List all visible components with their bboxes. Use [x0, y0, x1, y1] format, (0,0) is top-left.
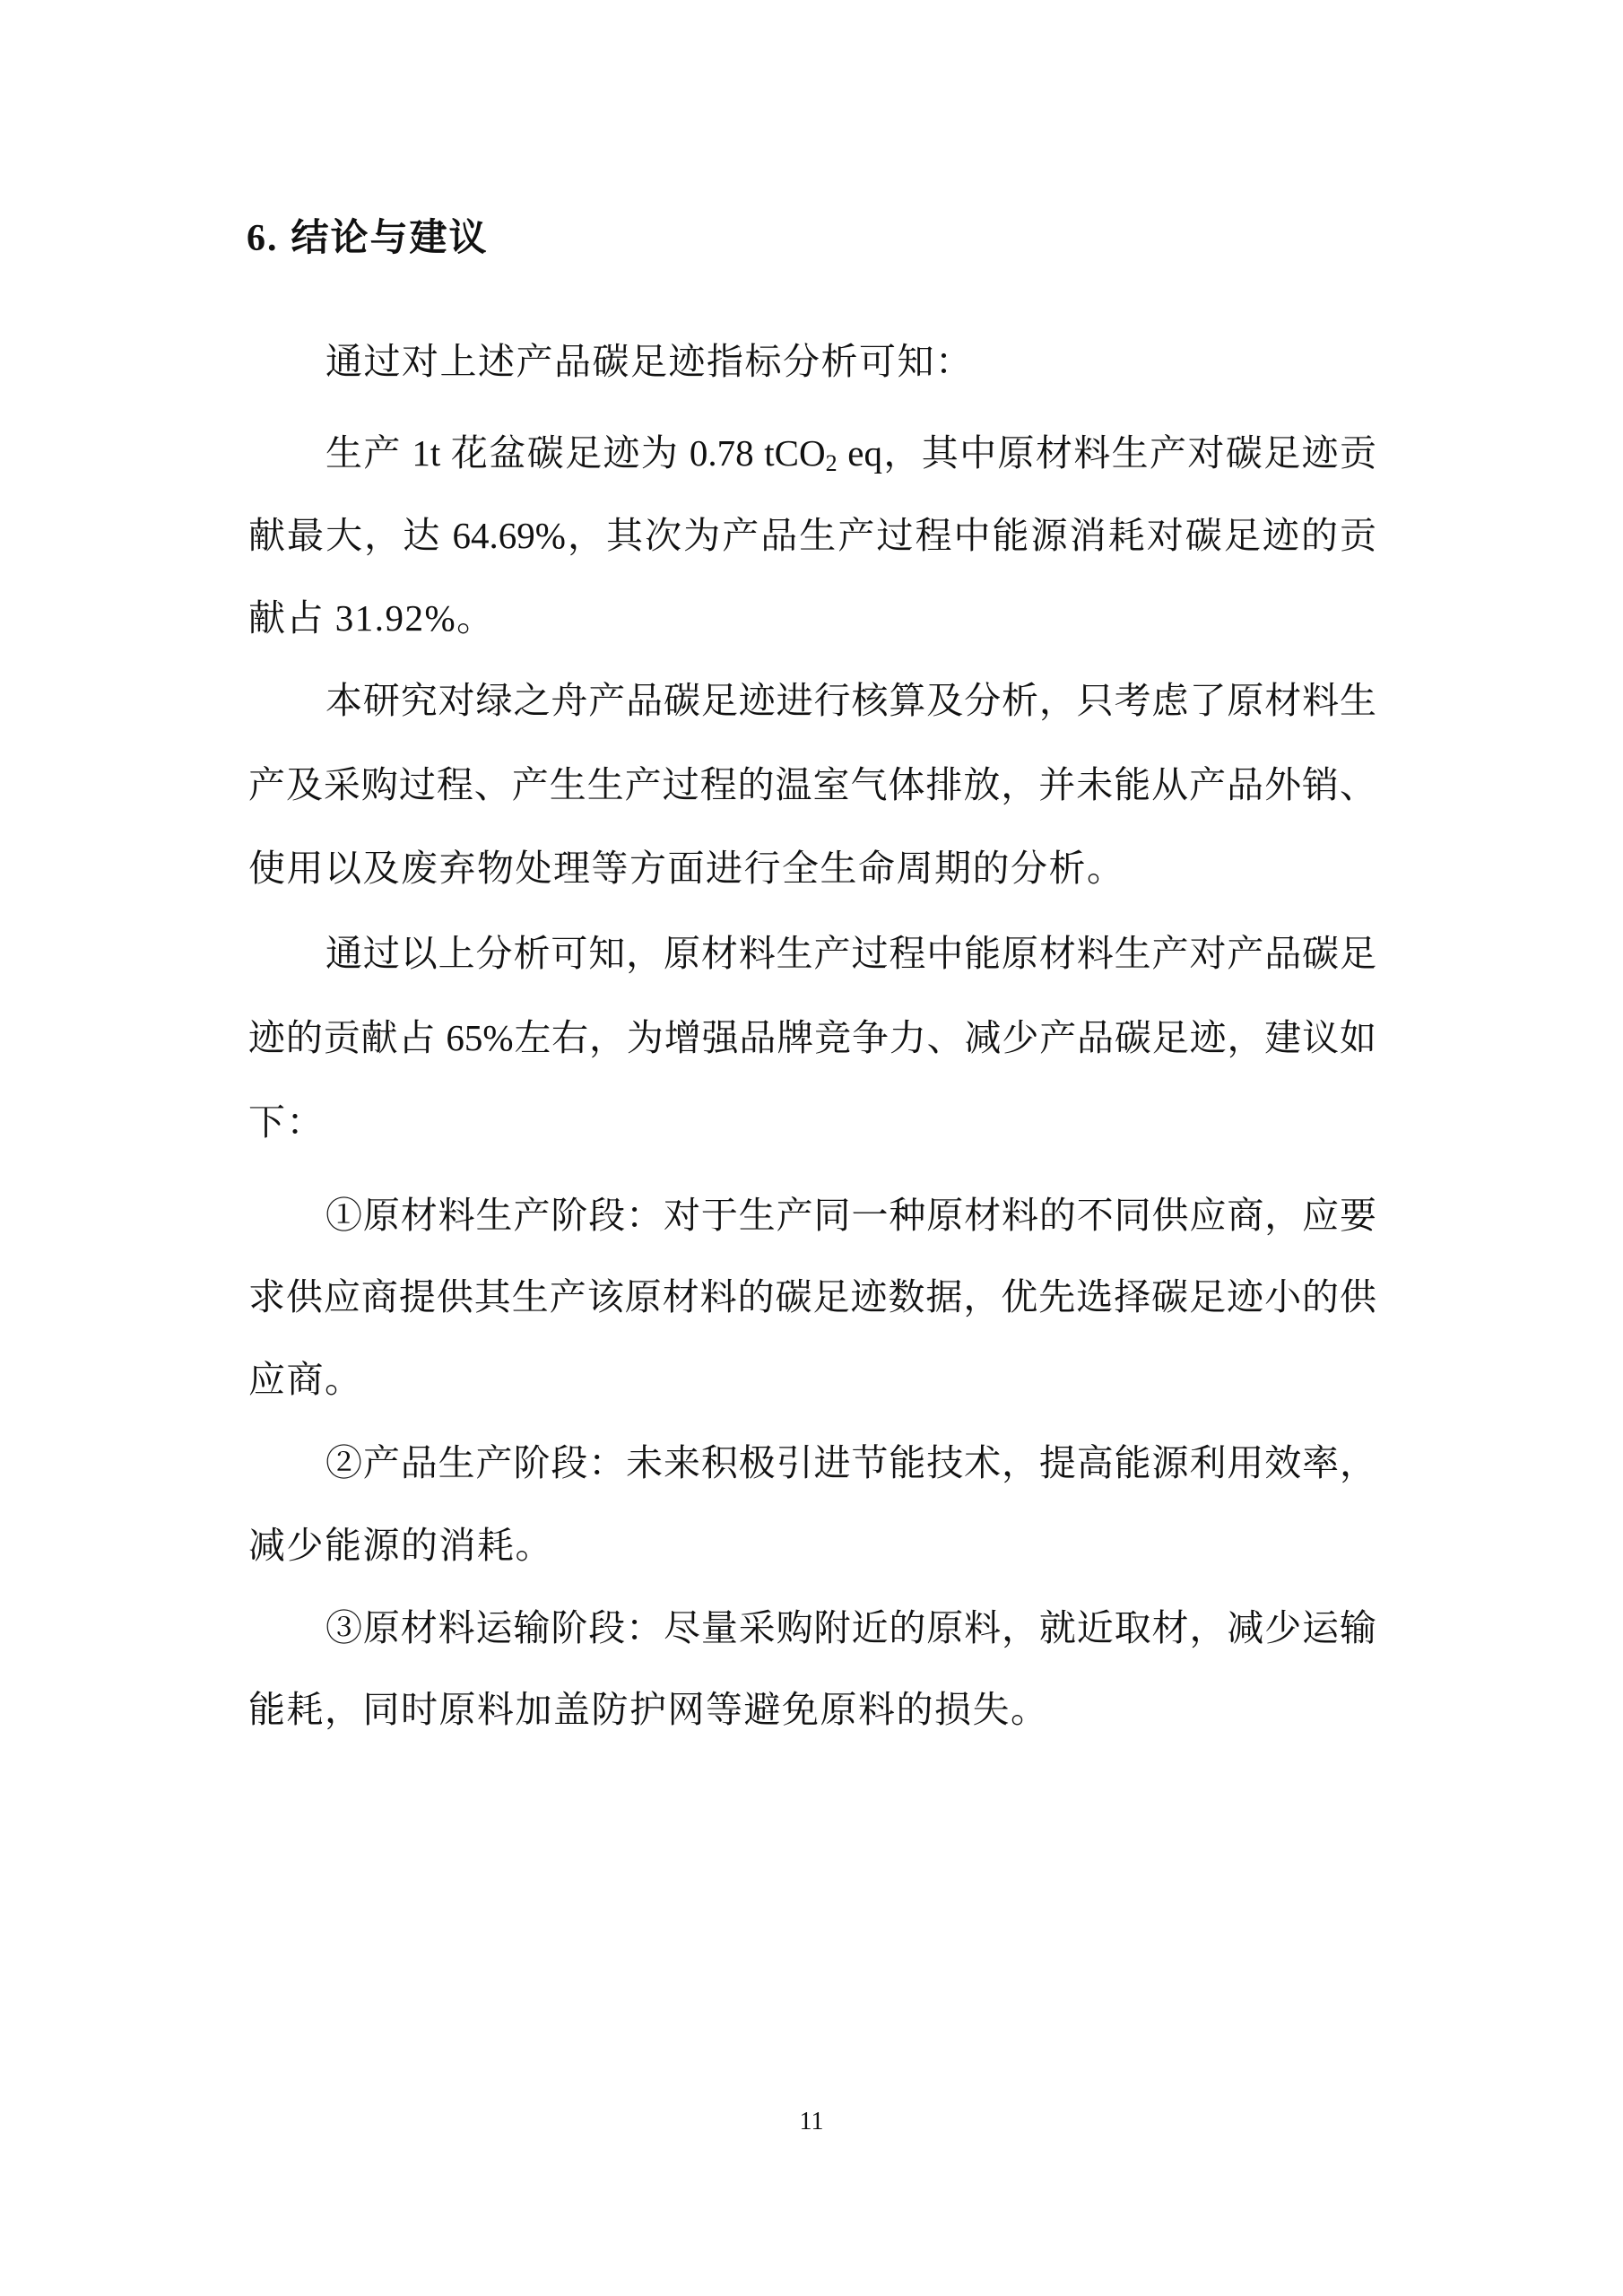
- paragraph-summary-line-2: 献最大，达 64.69%，其次为产品生产过程中能源消耗对碳足迹的贡: [248, 513, 1376, 558]
- page-number: 11: [0, 2106, 1623, 2138]
- paragraph-summary-line-1: 生产 1t 花盆碳足迹为 0.78 tCO2 eq，其中原材料生产对碳足迹贡: [325, 430, 1376, 475]
- paragraph-analysis-line-2: 迹的贡献占 65%左右，为增强品牌竞争力、减少产品碳足迹，建议如: [248, 1015, 1376, 1060]
- subscript-2: 2: [826, 450, 838, 476]
- section-title: 结论与建议: [291, 218, 489, 259]
- paragraph-scope-line-2: 产及采购过程、产生生产过程的温室气体排放，并未能从产品外销、: [248, 762, 1376, 807]
- paragraph-analysis-line-1: 通过以上分析可知，原材料生产过程中能原材料生产对产品碳足: [325, 931, 1376, 976]
- recommendation-1-line-1: ①原材料生产阶段：对于生产同一种原材料的不同供应商，应要: [325, 1193, 1376, 1238]
- paragraph-scope-line-3: 使用以及废弃物处理等方面进行全生命周期的分析。: [248, 846, 1376, 891]
- document-page: 6.结论与建议 通过对上述产品碳足迹指标分析可知： 生产 1t 花盆碳足迹为 0…: [0, 0, 1623, 2296]
- paragraph-summary-line-3: 献占 31.92%。: [248, 596, 1376, 640]
- paragraph-scope-line-1: 本研究对绿之舟产品碳足迹进行核算及分析，只考虑了原材料生: [325, 678, 1376, 723]
- summary-text-post: eq，其中原材料生产对碳足迹贡: [838, 432, 1376, 474]
- recommendation-3-line-1: ③原材料运输阶段：尽量采购附近的原料，就近取材，减少运输: [325, 1605, 1376, 1650]
- paragraph-analysis-line-3: 下：: [248, 1100, 1376, 1144]
- paragraph-intro-line-1: 通过对上述产品碳足迹指标分析可知：: [325, 339, 1376, 384]
- recommendation-2-line-1: ②产品生产阶段：未来积极引进节能技术，提高能源利用效率，: [325, 1440, 1376, 1485]
- recommendation-1-line-2: 求供应商提供其生产该原材料的碳足迹数据，优先选择碳足迹小的供: [248, 1274, 1376, 1319]
- recommendation-1-line-3: 应商。: [248, 1357, 1376, 1402]
- recommendation-2-line-2: 减少能源的消耗。: [248, 1523, 1376, 1568]
- section-heading: 6.结论与建议: [247, 213, 489, 264]
- summary-text-pre: 生产 1t 花盆碳足迹为 0.78 tCO: [325, 432, 826, 474]
- section-number: 6.: [247, 218, 279, 259]
- recommendation-3-line-2: 能耗，同时原料加盖防护网等避免原料的损失。: [248, 1687, 1376, 1732]
